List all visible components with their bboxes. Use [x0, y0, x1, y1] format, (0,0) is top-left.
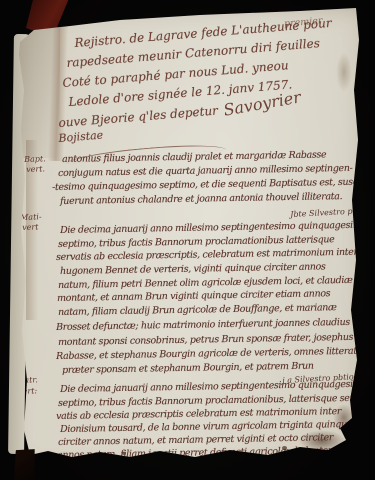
margin-note: vert — [22, 222, 39, 232]
binding-clip — [12, 447, 38, 480]
margin-note: vert. — [26, 164, 45, 174]
ink-stain — [336, 52, 352, 92]
manuscript-page: premier Rejistro. de Lagrave fede L'auth… — [0, 0, 375, 480]
margin-note: Bapt. — [24, 154, 46, 164]
margin-note: Mati- — [20, 212, 42, 222]
